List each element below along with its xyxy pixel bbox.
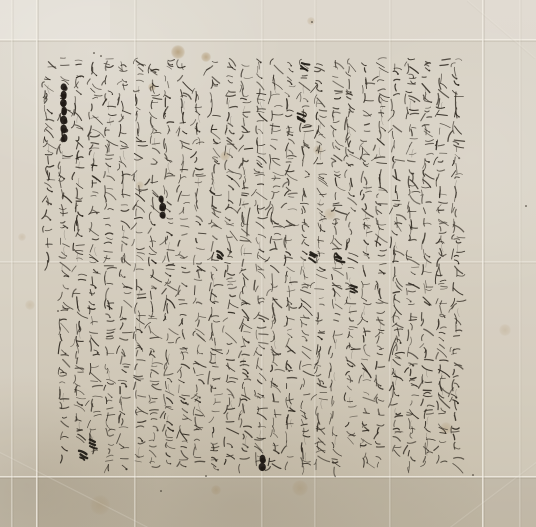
text-column bbox=[145, 64, 163, 467]
text-column bbox=[102, 59, 118, 473]
text-column bbox=[191, 89, 207, 462]
text-column bbox=[42, 62, 56, 271]
text-column bbox=[265, 59, 285, 471]
text-column bbox=[358, 63, 375, 468]
text-column bbox=[403, 58, 420, 473]
text-column bbox=[160, 60, 178, 465]
manuscript-photo bbox=[0, 0, 536, 527]
calligraphy-ink bbox=[0, 0, 536, 527]
text-column bbox=[419, 62, 436, 467]
text-column bbox=[434, 59, 451, 463]
text-column bbox=[388, 64, 406, 456]
text-column bbox=[238, 65, 253, 473]
text-column bbox=[85, 62, 104, 454]
text-column bbox=[131, 58, 148, 462]
text-column bbox=[371, 58, 389, 467]
text-column bbox=[329, 61, 347, 477]
text-column bbox=[175, 60, 192, 468]
text-column bbox=[71, 60, 88, 443]
text-column bbox=[448, 59, 466, 473]
text-column bbox=[204, 62, 223, 471]
text-column bbox=[223, 59, 240, 465]
text-column bbox=[344, 59, 361, 444]
text-column bbox=[311, 64, 330, 470]
text-column bbox=[117, 62, 133, 471]
text-column bbox=[281, 62, 299, 469]
text-column bbox=[251, 59, 268, 466]
